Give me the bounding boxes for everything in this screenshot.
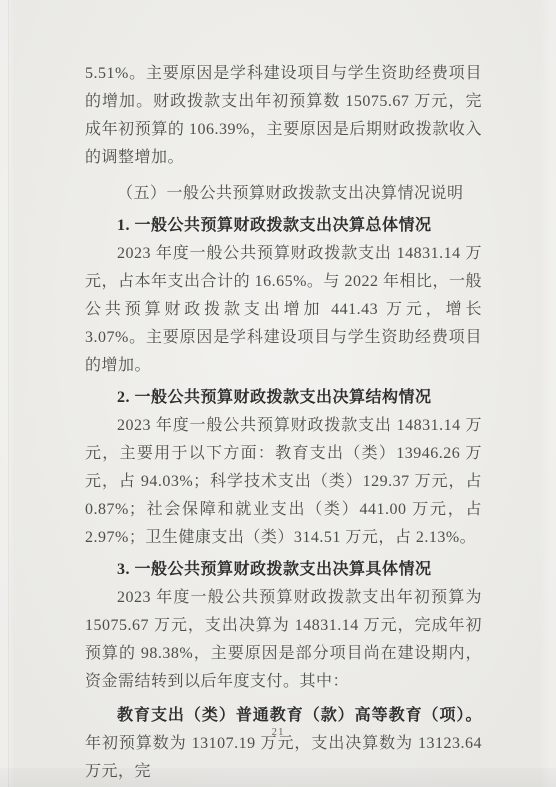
paragraph: 教育支出（类）普通教育（款）高等教育（项）。年初预算数为 13107.19 万元… bbox=[85, 702, 482, 786]
section-heading: 3. 一般公共预算财政拨款支出决算具体情况 bbox=[85, 556, 482, 584]
bold-lead-run: 教育支出（类）普通教育（款）高等教育（项）。 bbox=[117, 707, 482, 724]
section-heading: （五）一般公共预算财政拨款支出决算情况说明 bbox=[85, 180, 482, 208]
page-content: 5.51%。主要原因是学科建设项目与学生资助经费项目的增加。财政拨款支出年初预算… bbox=[85, 60, 482, 786]
paragraph: 2023 年度一般公共预算财政拨款支出 14831.14 万元，主要用于以下方面… bbox=[85, 412, 482, 552]
section-heading: 2. 一般公共预算财政拨款支出决算结构情况 bbox=[85, 384, 482, 412]
page-number: 21 bbox=[0, 726, 556, 738]
document-page: 5.51%。主要原因是学科建设项目与学生资助经费项目的增加。财政拨款支出年初预算… bbox=[0, 0, 556, 787]
paragraph: 5.51%。主要原因是学科建设项目与学生资助经费项目的增加。财政拨款支出年初预算… bbox=[85, 60, 482, 172]
paragraph: 2023 年度一般公共预算财政拨款支出年初预算为 15075.67 万元，支出决… bbox=[85, 584, 482, 696]
section-heading: 1. 一般公共预算财政拨款支出决算总体情况 bbox=[85, 212, 482, 240]
paragraph: 2023 年度一般公共预算财政拨款支出 14831.14 万元，占本年支出合计的… bbox=[85, 240, 482, 380]
